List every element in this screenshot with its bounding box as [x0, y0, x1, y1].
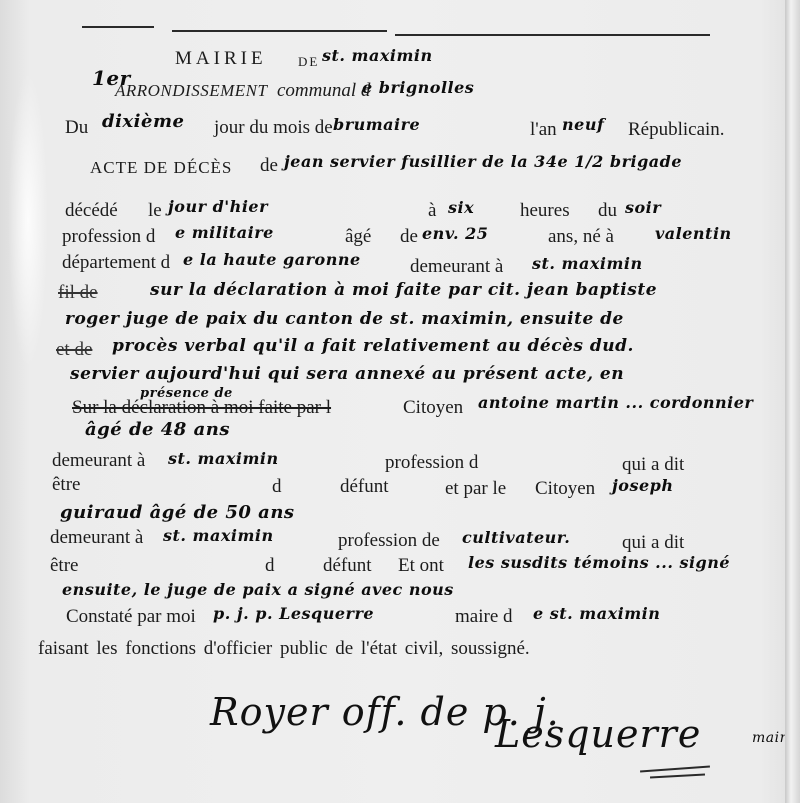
witness2-profession-handwritten: cultivateur.	[462, 528, 570, 548]
departement-handwritten: e la haute garonne	[183, 250, 361, 270]
constate-label: Constaté par moi	[66, 606, 196, 628]
witness1-profession-label: profession d	[385, 452, 478, 474]
witness1-residence-handwritten: st. maximin	[168, 449, 279, 469]
witness1-defunt-label: défunt	[340, 476, 389, 498]
signed-line-2-handwritten: ensuite, le juge de paix a signé avec no…	[62, 580, 454, 600]
mairie-handwritten: st. maximin	[322, 46, 433, 66]
witness1-demeurant-label: demeurant à	[52, 450, 145, 472]
maire-label: maire d	[455, 606, 513, 628]
struck-declaration: Sur la déclaration à moi faite par l	[72, 397, 331, 419]
period-handwritten: soir	[625, 198, 661, 218]
day-handwritten: dixième	[102, 112, 184, 132]
witness1-age-handwritten: âgé de 48 ans	[85, 420, 230, 440]
body-line-2: roger juge de paix du canton de st. maxi…	[65, 309, 624, 329]
witness2-etre-label: être	[50, 555, 78, 577]
body-line-1: sur la déclaration à moi faite par cit. …	[150, 280, 657, 300]
decede-label: décédé	[65, 200, 118, 222]
communal-label: communal d	[277, 80, 370, 102]
birthplace-handwritten: valentin	[655, 224, 732, 244]
struck-fil-de: fil de	[58, 282, 98, 304]
le-label: le	[148, 200, 162, 222]
deceased-name-handwritten: jean servier fusillier de la 34e 1/2 bri…	[284, 152, 682, 172]
et-ont-label: Et ont	[398, 555, 444, 577]
republicain-label: Républicain.	[628, 119, 725, 141]
witness2-citoyen-label: Citoyen	[535, 478, 595, 500]
witness2-firstname-handwritten: joseph	[612, 476, 673, 496]
du-label: Du	[65, 117, 88, 139]
profession-handwritten: e militaire	[175, 223, 274, 243]
communal-handwritten: e brignolles	[362, 78, 474, 98]
witness2-residence-handwritten: st. maximin	[163, 526, 274, 546]
witness2-demeurant-label: demeurant à	[50, 527, 143, 549]
et-par-le-label: et par le	[445, 478, 506, 500]
signature-flourish-1	[640, 766, 710, 773]
a-label: à	[428, 200, 436, 222]
body-line-3: procès verbal qu'il a fait relativement …	[112, 336, 634, 356]
departement-label: département d	[62, 252, 170, 274]
acte-title: ACTE DE DÉCÈS	[90, 157, 232, 179]
top-rule-middle	[172, 30, 387, 32]
mairie-label: MAIRIE	[175, 48, 267, 70]
witness2-d-label: d	[265, 555, 275, 577]
age-label: âgé	[345, 226, 371, 248]
hour-handwritten: six	[448, 198, 474, 218]
witness1-citoyen-label: Citoyen	[403, 397, 463, 419]
page-edge	[785, 0, 800, 803]
residence-handwritten: st. maximin	[532, 254, 643, 274]
jour-label: jour du mois de	[214, 117, 333, 139]
witness1-etre-label: être	[52, 474, 80, 496]
demeurant-label: demeurant à	[410, 256, 503, 278]
mairie-de-label: DE	[298, 51, 319, 73]
witness1-d-label: d	[272, 476, 282, 498]
top-rule-left	[82, 26, 154, 28]
age-handwritten: env. 25	[422, 224, 488, 244]
year-handwritten: neuf	[562, 115, 604, 135]
signed-handwritten: les susdits témoins ... signé	[468, 553, 730, 573]
witness1-qui-a-dit: qui a dit	[622, 454, 684, 476]
month-handwritten: brumaire	[333, 115, 420, 135]
witness2-profession-label: profession de	[338, 530, 440, 552]
du-period-label: du	[598, 200, 617, 222]
paper-stain	[8, 70, 48, 370]
profession-label: profession d	[62, 226, 155, 248]
acte-de-label: de	[260, 155, 278, 177]
signature-lesquerre: Lesquerre	[495, 712, 701, 756]
death-date-handwritten: jour d'hier	[168, 197, 268, 217]
commune-handwritten: e st. maximin	[533, 604, 660, 624]
document-page: MAIRIE DE st. maximin 1er ARRONDISSEMENT…	[0, 0, 785, 803]
witness2-name-handwritten: guiraud âgé de 50 ans	[60, 503, 295, 523]
witness2-defunt-label: défunt	[323, 555, 372, 577]
body-line-4: servier aujourd'hui qui sera annexé au p…	[70, 364, 624, 384]
witness2-qui-a-dit: qui a dit	[622, 532, 684, 554]
mayor-name-handwritten: p. j. p. Lesquerre	[213, 604, 374, 624]
arrondissement-label: ARRONDISSEMENT	[115, 80, 267, 102]
age-prefix: de	[400, 226, 418, 248]
heures-label: heures	[520, 200, 570, 222]
signature-flourish-2	[650, 774, 705, 779]
officier-line: faisant les fonctions d'officier public …	[38, 638, 530, 660]
witness1-name-handwritten: antoine martin ... cordonnier	[478, 393, 753, 413]
ans-ne-a-label: ans, né à	[548, 226, 614, 248]
top-rule-right	[395, 34, 710, 36]
an-label: l'an	[530, 119, 557, 141]
struck-et-de: et de	[56, 339, 92, 361]
